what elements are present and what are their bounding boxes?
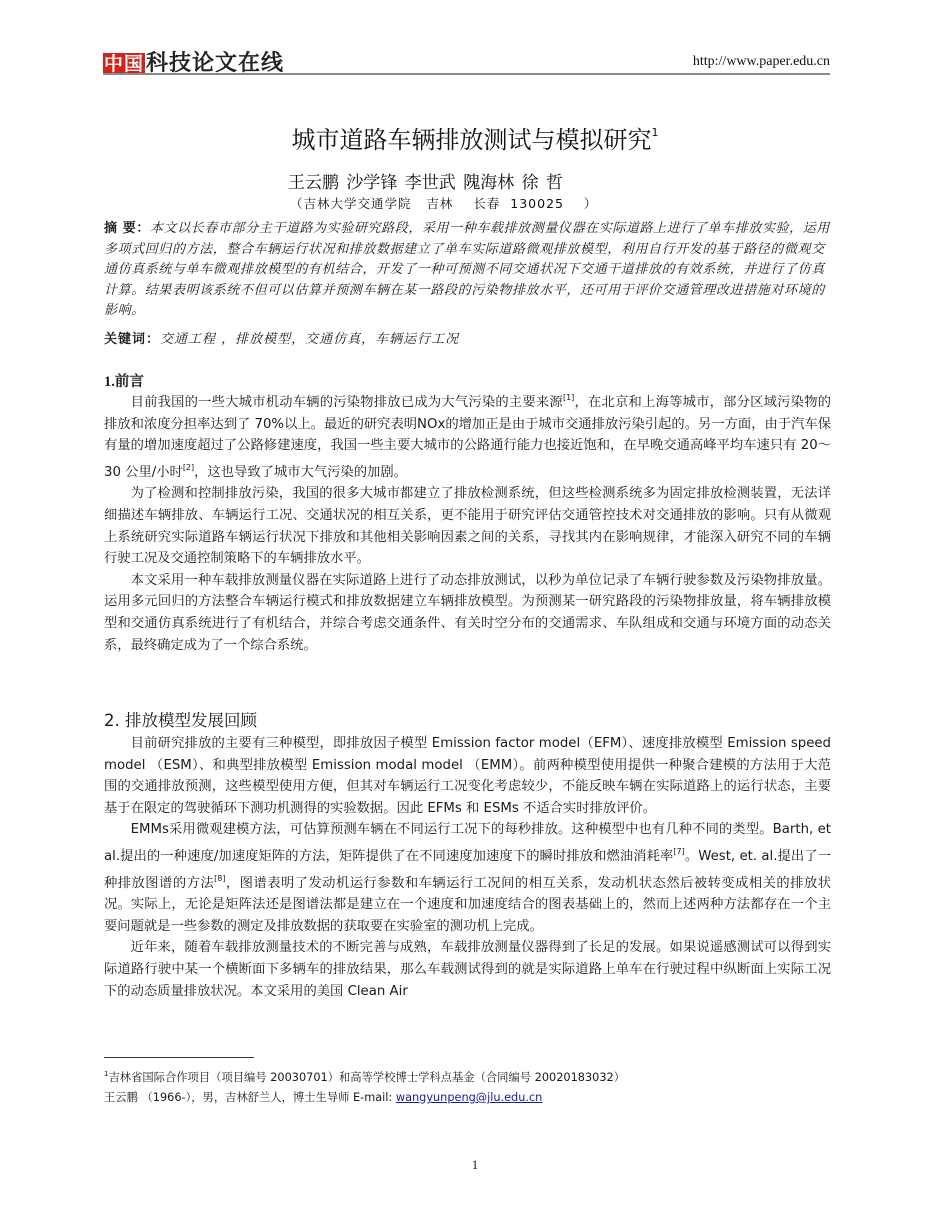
section-intro-body: 目前我国的一些大城市机动车辆的污染物排放已成为大气污染的主要来源[1]，在北京和… [104,387,831,656]
email-link[interactable]: wangyunpeng@jlu.edu.cn [396,1091,543,1104]
paragraph: 近年来，随着车载排放测量技术的不断完善与成熟，车载排放测量仪器得到了长足的发展。… [104,937,831,1002]
header-divider [103,73,830,75]
logo-red-part: 中国 [103,53,145,75]
affiliation: （吉林大学交通学院 吉林 长春 130025 ） [290,194,597,212]
keywords: 关键词：交通工程 ，排放模型，交通仿真，车辆运行工况 [104,330,831,350]
abstract: 摘 要：本文以长春市部分主干道路为实验研究路段，采用一种车载排放测量仪器在实际道… [104,219,831,322]
site-url: http://www.paper.edu.cn [693,54,830,70]
section-heading-review: 2. 排放模型发展回顾 [104,707,257,731]
text: ，这也导致了城市大气污染的加剧。 [194,465,407,480]
page-number: 1 [0,1157,950,1173]
keywords-text: 交通工程 ，排放模型，交通仿真，车辆运行工况 [160,332,459,347]
title-footnote-mark: 1 [652,126,659,139]
paper-title: 城市道路车辆排放测试与模拟研究1 [0,120,950,155]
paragraph: 目前我国的一些大城市机动车辆的污染物排放已成为大气污染的主要来源[1]，在北京和… [104,387,831,483]
paragraph: EMMs采用微观建模方法，可估算预测车辆在不同运行工况下的每秒排放。这种模型中也… [104,819,831,937]
footnote: 1吉林省国际合作项目（项目编号 20030701）和高等学校博士学科点基金（合同… [104,1064,831,1108]
paragraph: 本文采用一种车载排放测量仪器在实际道路上进行了动态排放测试，以秒为单位记录了车辆… [104,570,831,656]
paragraph: 目前研究排放的主要有三种模型，即排放因子模型 Emission factor m… [104,733,831,819]
citation-ref: [2] [183,463,194,472]
section-review-body: 目前研究排放的主要有三种模型，即排放因子模型 Emission factor m… [104,733,831,1002]
abstract-label: 摘 要： [104,221,150,236]
page-header: 中国科技论文在线 http://www.paper.edu.cn [103,44,830,74]
citation-ref: [8] [214,874,225,883]
abstract-text: 本文以长春市部分主干道路为实验研究路段，采用一种车载排放测量仪器在实际道路上进行… [104,221,830,318]
citation-ref: [7] [673,847,684,856]
funding-text: 吉林省国际合作项目（项目编号 20030701）和高等学校博士学科点基金（合同编… [108,1071,625,1084]
author-info-text: 王云鹏 （1966-），男，吉林舒兰人，博士生导师 E-mail: [104,1091,396,1104]
citation-ref: [1] [563,393,574,402]
footnote-author-info: 王云鹏 （1966-），男，吉林舒兰人，博士生导师 E-mail: wangyu… [104,1088,831,1108]
footnote-funding: 1吉林省国际合作项目（项目编号 20030701）和高等学校博士学科点基金（合同… [104,1064,831,1088]
footnote-divider [104,1057,254,1058]
keywords-label: 关键词： [104,332,160,347]
author-list: 王云鹏 沙学锋 李世武 隗海林 徐 哲 [288,168,563,193]
text: 目前我国的一些大城市机动车辆的污染物排放已成为大气污染的主要来源 [131,395,563,410]
title-text: 城市道路车辆排放测试与模拟研究 [292,126,652,154]
paragraph: 为了检测和控制排放污染，我国的很多大城市都建立了排放检测系统，但这些检测系统多为… [104,483,831,569]
